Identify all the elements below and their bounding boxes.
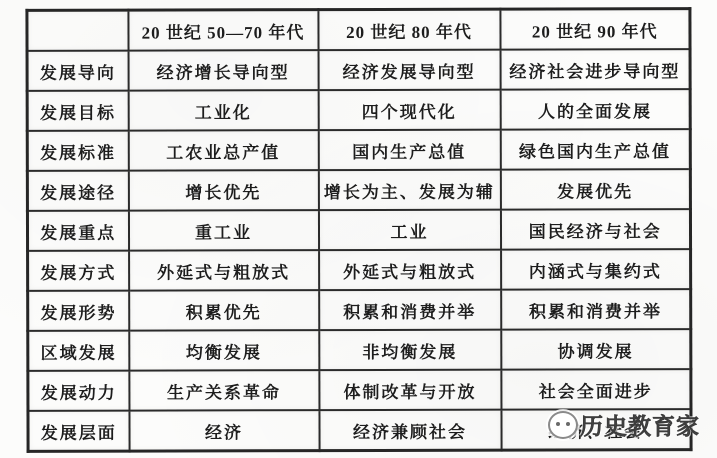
table-cell: 人的全面发展 bbox=[500, 89, 690, 129]
table-cell: 外延式与粗放式 bbox=[129, 250, 319, 290]
row-label: 发展形势 bbox=[28, 291, 129, 331]
table-row: 发展途径 增长优先 增长为主、发展为辅 发展优先 bbox=[27, 169, 690, 211]
table-cell: 国内生产总值 bbox=[318, 130, 500, 170]
column-header-90s: 20 世纪 90 年代 bbox=[500, 9, 690, 50]
table-cell: 经济 bbox=[129, 410, 319, 451]
table-cell: 积累和消费并举 bbox=[319, 290, 501, 330]
row-label: 发展导向 bbox=[27, 51, 128, 91]
column-header-80s: 20 世纪 80 年代 bbox=[318, 9, 500, 50]
table-cell: 经济社会进步导向型 bbox=[500, 49, 690, 89]
table-row: 区域发展 均衡发展 非均衡发展 协调发展 bbox=[28, 329, 691, 371]
corner-cell bbox=[27, 10, 128, 51]
table-cell: 均衡发展 bbox=[129, 330, 319, 370]
development-concept-comparison-table: 20 世纪 50—70 年代 20 世纪 80 年代 20 世纪 90 年代 发… bbox=[25, 7, 692, 453]
table-cell: 内涵式与集约式 bbox=[501, 249, 691, 289]
header-row: 20 世纪 50—70 年代 20 世纪 80 年代 20 世纪 90 年代 bbox=[27, 9, 690, 51]
row-label: 发展标准 bbox=[27, 131, 128, 171]
table-cell: 国民经济与社会 bbox=[500, 209, 690, 249]
table-row: 发展目标 工业化 四个现代化 人的全面发展 bbox=[27, 89, 690, 131]
column-header-50-70s: 20 世纪 50—70 年代 bbox=[128, 10, 318, 51]
table-cell: 经济兼顾社会 bbox=[319, 410, 501, 451]
row-label: 发展途径 bbox=[27, 171, 128, 211]
table-cell: 社会全面进步 bbox=[501, 369, 691, 409]
table-cell: 积累和消费并举 bbox=[501, 289, 691, 329]
watermark-text: 历史教育家 bbox=[580, 408, 700, 441]
row-label: 发展动力 bbox=[28, 371, 129, 411]
row-label: 发展重点 bbox=[27, 211, 128, 251]
table-cell: 工业 bbox=[318, 210, 500, 250]
table-cell: 绿色国内生产总值 bbox=[500, 129, 690, 169]
table-cell: 生产关系革命 bbox=[129, 370, 319, 410]
table-cell: 非均衡发展 bbox=[319, 330, 501, 370]
table-cell: 发展优先 bbox=[500, 169, 690, 209]
table-cell: 经济增长导向型 bbox=[128, 50, 318, 90]
watermark: 历史教育家 bbox=[548, 408, 700, 441]
row-label: 发展方式 bbox=[28, 251, 129, 291]
row-label: 发展层面 bbox=[28, 411, 129, 452]
table-cell: 外延式与粗放式 bbox=[319, 250, 501, 290]
table-cell: 增长优先 bbox=[128, 170, 318, 210]
table-row: 发展动力 生产关系革命 体制改革与开放 社会全面进步 bbox=[28, 369, 691, 411]
table-cell: 工农业总产值 bbox=[128, 130, 318, 170]
table-cell: 四个现代化 bbox=[318, 90, 500, 130]
table-row: 发展重点 重工业 工业 国民经济与社会 bbox=[27, 209, 690, 251]
table-cell: 经济发展导向型 bbox=[318, 50, 500, 90]
row-label: 区域发展 bbox=[28, 331, 129, 371]
table-cell: 协调发展 bbox=[501, 329, 691, 369]
table-row: 发展标准 工农业总产值 国内生产总值 绿色国内生产总值 bbox=[27, 129, 690, 171]
row-label: 发展目标 bbox=[27, 91, 128, 131]
table-cell: 增长为主、发展为辅 bbox=[318, 170, 500, 210]
table-cell: 重工业 bbox=[128, 210, 318, 250]
table-cell: 体制改革与开放 bbox=[319, 370, 501, 410]
table-row: 发展方式 外延式与粗放式 外延式与粗放式 内涵式与集约式 bbox=[28, 249, 691, 291]
table-cell: 工业化 bbox=[128, 90, 318, 130]
table-cell: 积累优先 bbox=[129, 290, 319, 330]
table-row: 发展形势 积累优先 积累和消费并举 积累和消费并举 bbox=[28, 289, 691, 331]
scanned-document-page: 20 世纪 50—70 年代 20 世纪 80 年代 20 世纪 90 年代 发… bbox=[0, 0, 717, 458]
table-row: 发展导向 经济增长导向型 经济发展导向型 经济社会进步导向型 bbox=[27, 49, 690, 91]
mascot-logo-icon bbox=[548, 411, 578, 439]
